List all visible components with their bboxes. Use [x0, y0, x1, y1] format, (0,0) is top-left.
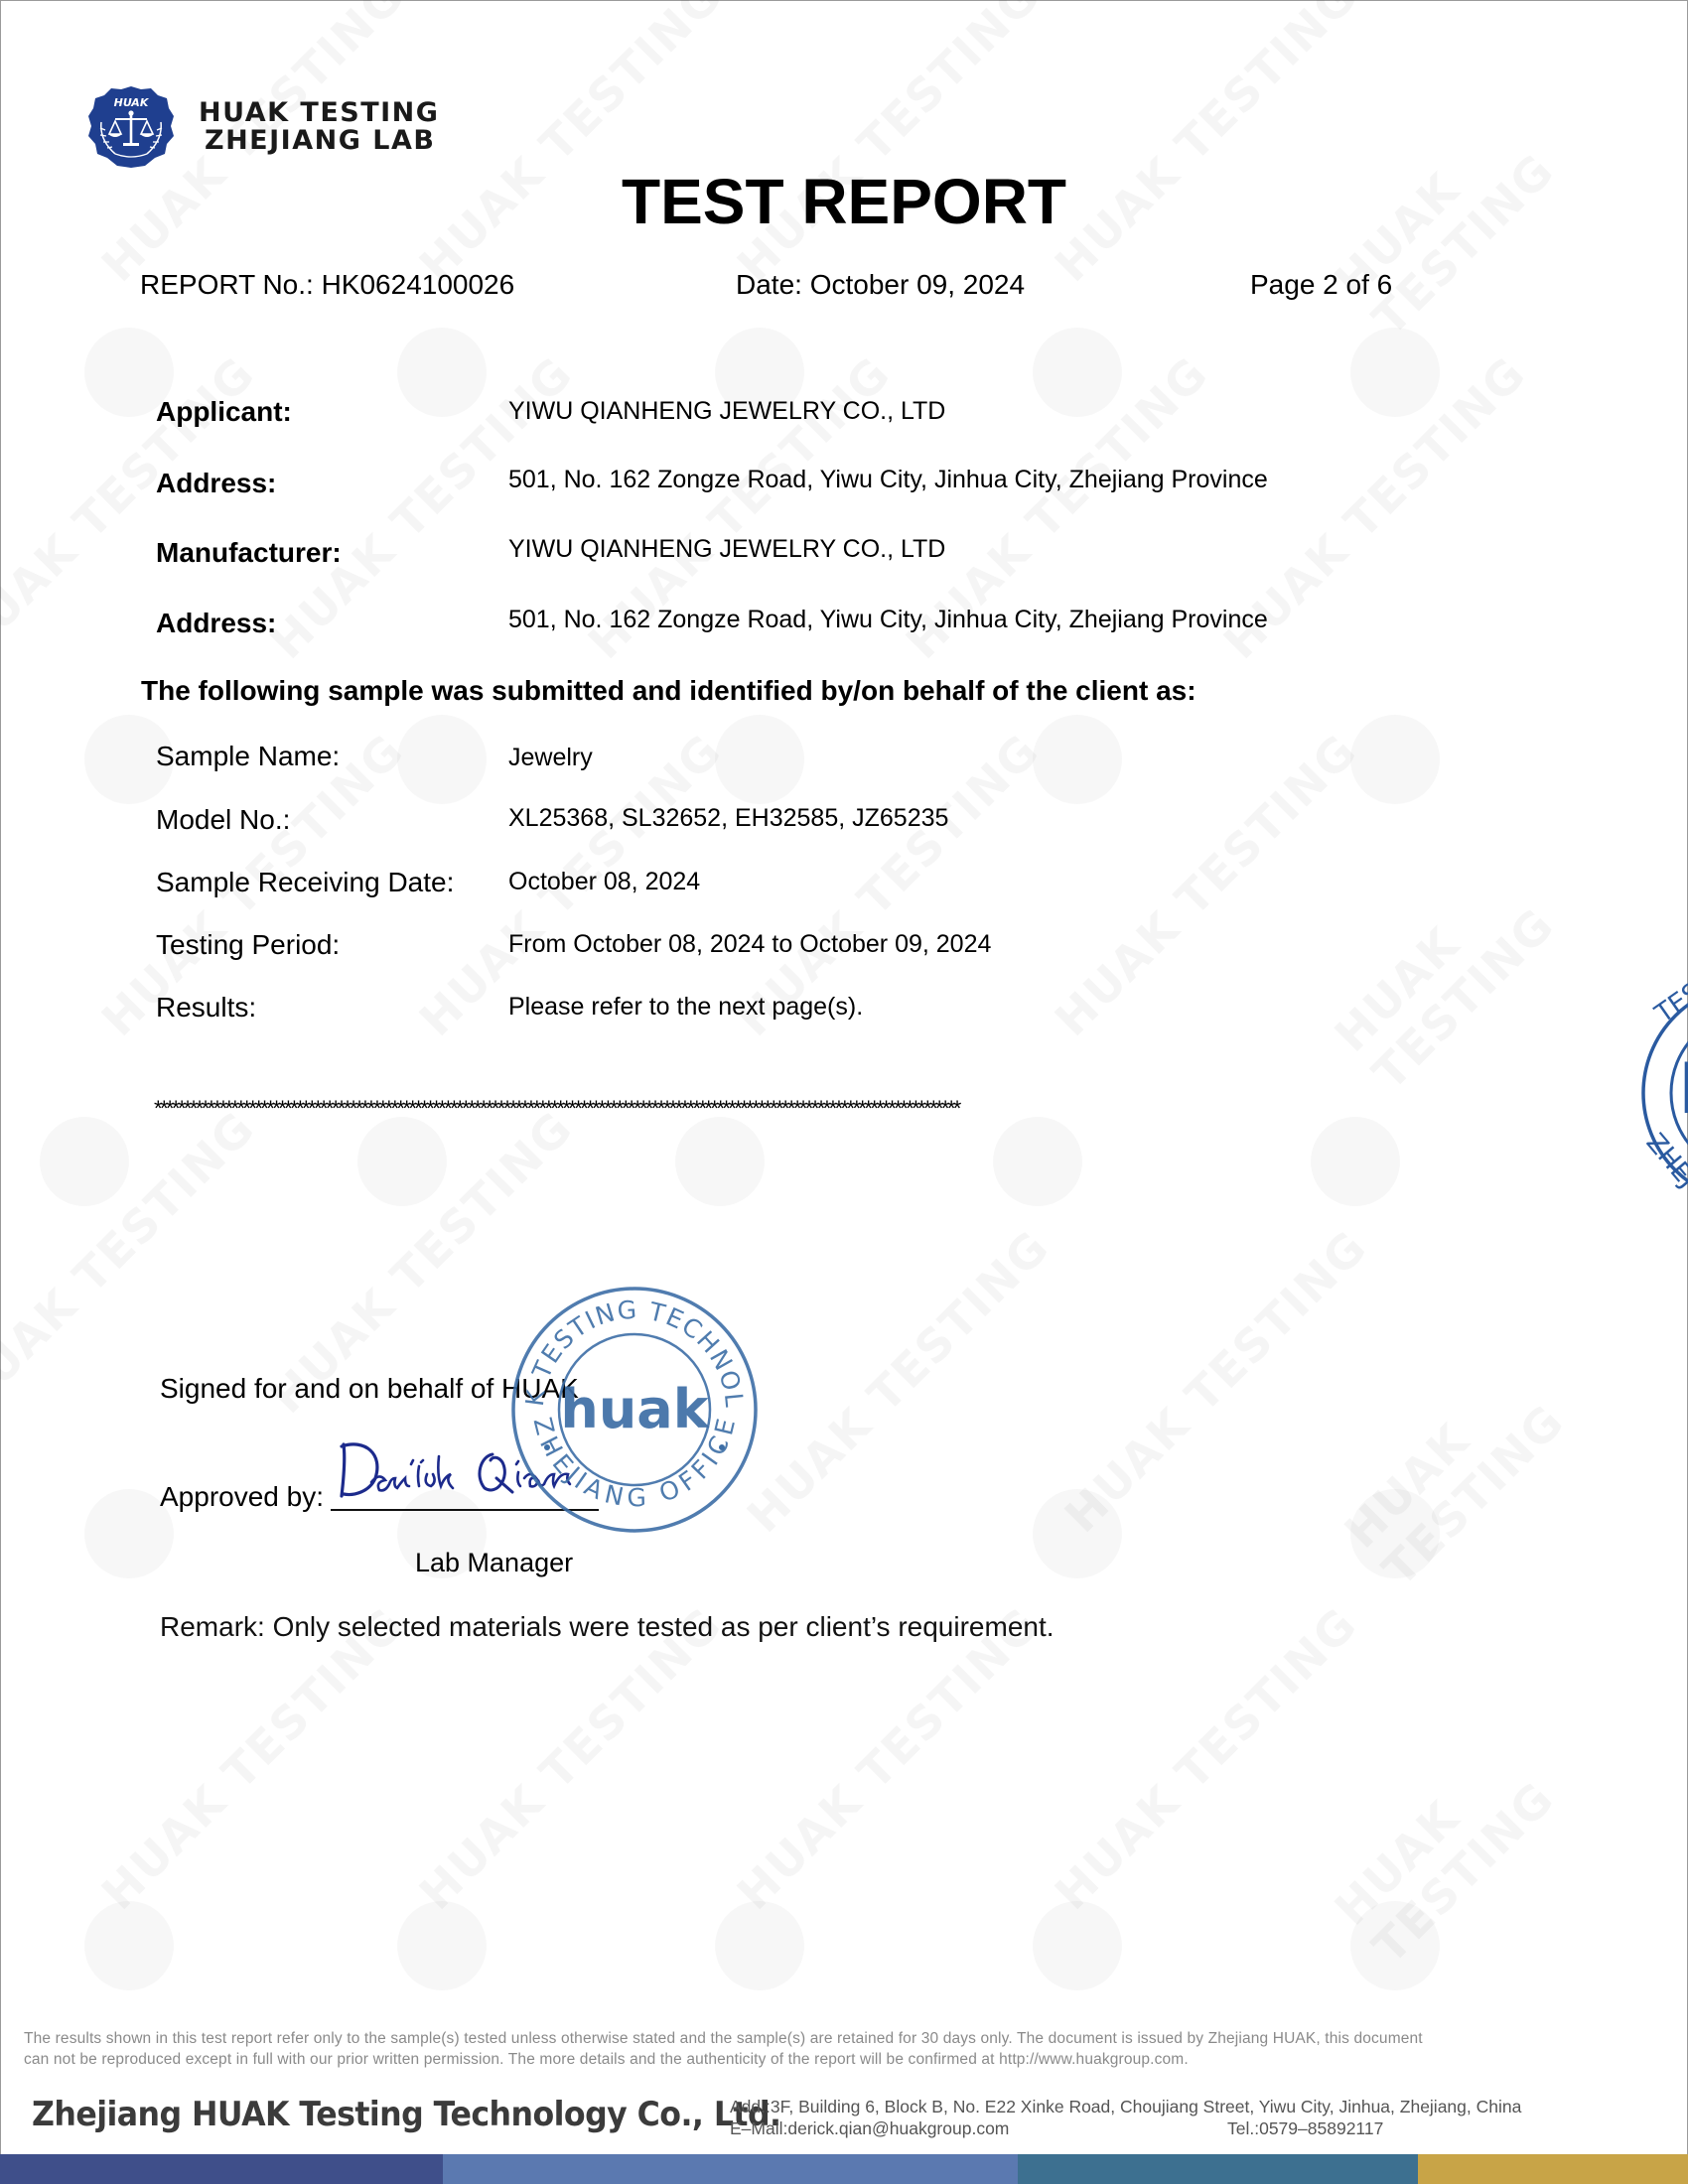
disclaimer-line-2: can not be reproduced except in full wit…	[24, 2051, 1189, 2069]
watermark-seal-icon	[1350, 328, 1440, 417]
remark-text: Remark: Only selected materials were tes…	[160, 1611, 1055, 1643]
watermark-seal-icon	[1033, 1489, 1122, 1578]
watermark-seal-icon	[397, 1901, 487, 1990]
sample-intro: The following sample was submitted and i…	[141, 675, 1196, 707]
applicant-address-value: 501, No. 162 Zongze Road, Yiwu City, Jin…	[508, 466, 1268, 494]
footer-color-bar-4	[1418, 2154, 1688, 2184]
watermark-seal-icon	[1350, 1489, 1440, 1578]
watermark-text: HUAK TESTING	[1335, 1324, 1607, 1596]
watermark-text: HUAK TESTING	[1045, 723, 1368, 1046]
watermark-text: HUAK TESTING	[727, 0, 1051, 292]
footer-color-bar-3	[1018, 2154, 1418, 2184]
testing-period-label: Testing Period:	[156, 929, 340, 961]
report-date: Date: October 09, 2024	[736, 269, 1025, 301]
scales-of-justice-icon: HUAK	[87, 84, 175, 170]
report-number: REPORT No.: HK0624100026	[140, 269, 514, 301]
applicant-value: YIWU QIANHENG JEWELRY CO., LTD	[508, 397, 945, 426]
manufacturer-address-value: 501, No. 162 Zongze Road, Yiwu City, Jin…	[508, 606, 1268, 634]
footer-color-bar-2	[443, 2154, 1018, 2184]
svg-text:huak: huak	[560, 1378, 709, 1440]
watermark-seal-icon	[675, 1117, 765, 1206]
watermark-text: HUAK TESTING	[1325, 1695, 1604, 1974]
watermark-text: HUAK TESTING	[91, 1596, 415, 1920]
watermark-seal-icon	[1033, 1901, 1122, 1990]
disclaimer-line-1: The results shown in this test report re…	[24, 2030, 1423, 2048]
watermark-seal-icon	[715, 715, 804, 804]
page-border	[0, 0, 1688, 2184]
separator-stars: ****************************************…	[154, 1096, 959, 1122]
company-phone: Tel.:0579–85892117	[1227, 2118, 1383, 2139]
watermark-seal-icon	[397, 715, 487, 804]
watermark-seal-icon	[357, 1117, 447, 1206]
testing-period-value: From October 08, 2024 to October 09, 202…	[508, 930, 991, 959]
page-edge-stamp: TEST ZHEJ h	[1633, 974, 1688, 1212]
logo-line-2: ZHEJIANG LAB	[199, 127, 439, 155]
manufacturer-value: YIWU QIANHENG JEWELRY CO., LTD	[508, 535, 945, 564]
official-stamp: HUAK TESTING TECHNOLOGY ZHEJIANG OFFICE …	[508, 1284, 761, 1536]
watermark-text: HUAK TESTING	[409, 0, 733, 292]
model-no-label: Model No.:	[156, 804, 290, 836]
svg-text:h: h	[1679, 1051, 1688, 1130]
watermark-seal-icon	[1033, 328, 1122, 417]
watermark-text: HUAK TESTING	[727, 1596, 1051, 1920]
watermark-text: HUAK TESTING	[737, 1219, 1060, 1543]
watermark-text: HUAK TESTING	[1325, 821, 1604, 1100]
svg-text:ZHEJ: ZHEJ	[1640, 1128, 1688, 1193]
watermark-seal-icon	[84, 1901, 174, 1990]
stamp-seal-icon: HUAK TESTING TECHNOLOGY ZHEJIANG OFFICE …	[508, 1284, 761, 1536]
company-address: Add.:3F, Building 6, Block B, No. E22 Xi…	[730, 2097, 1521, 2117]
watermark-seal-icon	[993, 1117, 1082, 1206]
manufacturer-label: Manufacturer:	[156, 537, 342, 569]
svg-text:TEST: TEST	[1649, 974, 1688, 1029]
approved-by-label: Approved by:	[160, 1481, 324, 1513]
results-value: Please refer to the next page(s).	[508, 993, 863, 1022]
sample-name-value: Jewelry	[508, 744, 593, 772]
applicant-address-label: Address:	[156, 468, 276, 499]
company-name: Zhejiang HUAK Testing Technology Co., Lt…	[32, 2095, 781, 2134]
applicant-label: Applicant:	[156, 396, 292, 428]
sample-name-label: Sample Name:	[156, 741, 340, 772]
results-label: Results:	[156, 992, 256, 1024]
page-number: Page 2 of 6	[1250, 269, 1392, 301]
footer-color-bar-1	[0, 2154, 443, 2184]
watermark-seal-icon	[1350, 715, 1440, 804]
page-title: TEST REPORT	[0, 165, 1688, 238]
watermark-seal-icon	[397, 328, 487, 417]
watermark-seal-icon	[40, 1117, 129, 1206]
watermark-text: HUAK TESTING	[1045, 0, 1368, 292]
logo-line-1: HUAK TESTING	[199, 99, 439, 127]
manufacturer-address-label: Address:	[156, 608, 276, 639]
receiving-date-label: Sample Receiving Date:	[156, 867, 454, 898]
watermark-seal-icon	[715, 1901, 804, 1990]
receiving-date-value: October 08, 2024	[508, 868, 700, 896]
signatory-title: Lab Manager	[415, 1548, 573, 1578]
company-email: E–Mail:derick.qian@huakgroup.com	[730, 2118, 1009, 2139]
watermark-text: HUAK TESTING	[1055, 1219, 1378, 1543]
watermark-seal-icon	[1033, 715, 1122, 804]
watermark-seal-icon	[1311, 1117, 1400, 1206]
huak-logo-emblem: HUAK	[87, 84, 175, 170]
model-no-value: XL25368, SL32652, EH32585, JZ65235	[508, 804, 948, 833]
watermark-seal-icon	[1350, 1901, 1440, 1990]
svg-text:HUAK: HUAK	[114, 96, 150, 109]
watermark-text: HUAK TESTING	[1045, 1596, 1368, 1920]
watermark-text: HUAK TESTING	[409, 1596, 733, 1920]
logo-wordmark: HUAK TESTING ZHEJIANG LAB	[199, 99, 439, 155]
